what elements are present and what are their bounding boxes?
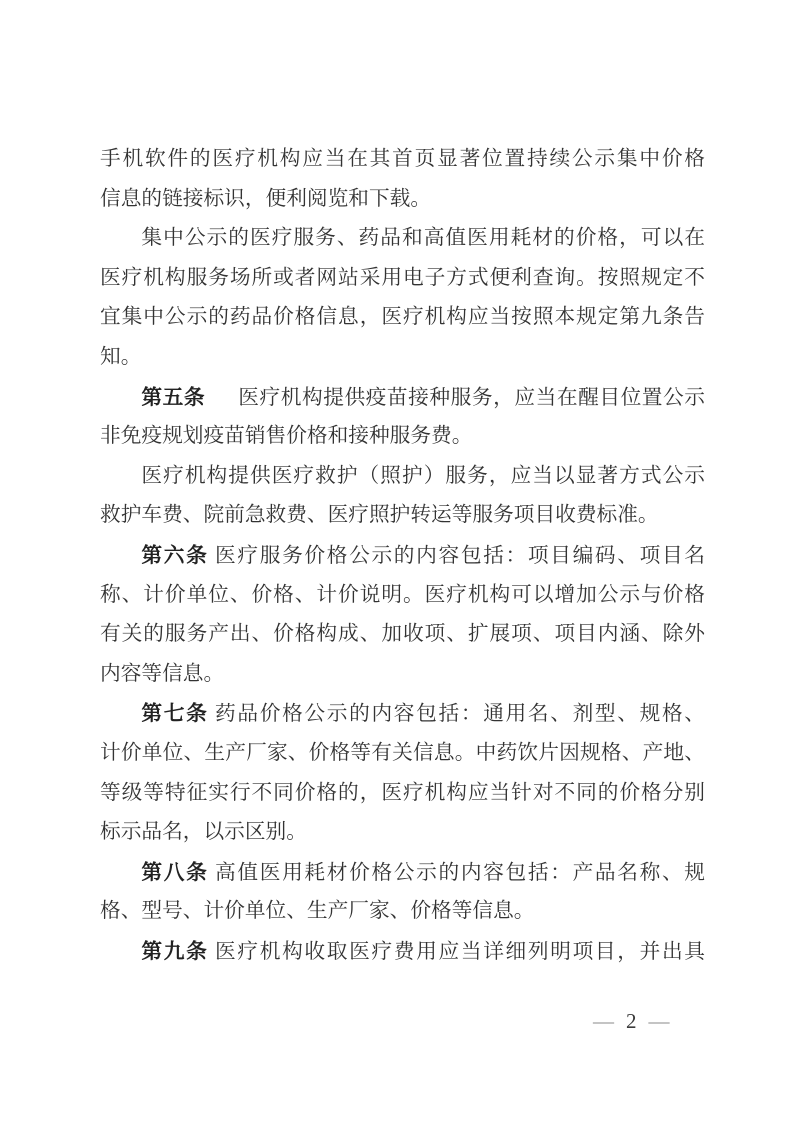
line-text: 医疗服务价格公示的内容包括：项目编码、项目名 xyxy=(215,545,705,567)
document-body: 手机软件的医疗机构应当在其首页显著位置持续公示集中价格信息的链接标识，便利阅览和… xyxy=(100,140,705,971)
text-line: 格、型号、计价单位、生产厂家、价格等信息。 xyxy=(100,892,705,932)
footer-dash-left: — xyxy=(593,1009,614,1033)
text-line: 称、计价单位、价格、计价说明。医疗机构可以增加公示与价格 xyxy=(100,576,705,616)
document-page: 手机软件的医疗机构应当在其首页显著位置持续公示集中价格信息的链接标识，便利阅览和… xyxy=(0,0,800,1131)
line-text: 医疗机构提供疫苗接种服务，应当在醒目位置公示 xyxy=(238,387,705,409)
text-line: 信息的链接标识，便利阅览和下载。 xyxy=(100,180,705,220)
article-label: 第六条 xyxy=(141,544,208,567)
article-label: 第八条 xyxy=(141,861,208,884)
paragraph: 手机软件的医疗机构应当在其首页显著位置持续公示集中价格信息的链接标识，便利阅览和… xyxy=(100,140,705,219)
paragraph: 第八条高值医用耗材价格公示的内容包括：产品名称、规格、型号、计价单位、生产厂家、… xyxy=(100,853,705,932)
line-text: 高值医用耗材价格公示的内容包括：产品名称、规 xyxy=(215,862,705,884)
article-label: 第七条 xyxy=(141,702,208,725)
text-line: 第六条医疗服务价格公示的内容包括：项目编码、项目名 xyxy=(100,536,705,576)
text-line: 手机软件的医疗机构应当在其首页显著位置持续公示集中价格 xyxy=(100,140,705,180)
text-line: 医疗机构服务场所或者网站采用电子方式便利查询。按照规定不 xyxy=(100,259,705,299)
paragraph: 第九条医疗机构收取医疗费用应当详细列明项目，并出具 xyxy=(100,932,705,972)
text-line: 知。 xyxy=(100,338,705,378)
text-line: 计价单位、生产厂家、价格等有关信息。中药饮片因规格、产地、 xyxy=(100,734,705,774)
text-line: 第九条医疗机构收取医疗费用应当详细列明项目，并出具 xyxy=(100,932,705,972)
footer-dash-right: — xyxy=(649,1009,670,1033)
article-label: 第五条 xyxy=(141,386,205,409)
paragraph: 第五条医疗机构提供疫苗接种服务，应当在醒目位置公示非免疫规划疫苗销售价格和接种服… xyxy=(100,378,705,457)
paragraph: 集中公示的医疗服务、药品和高值医用耗材的价格，可以在医疗机构服务场所或者网站采用… xyxy=(100,219,705,377)
page-number: 2 xyxy=(626,1009,637,1033)
page-footer: —2— xyxy=(593,1007,670,1035)
paragraph: 第六条医疗服务价格公示的内容包括：项目编码、项目名称、计价单位、价格、计价说明。… xyxy=(100,536,705,694)
text-line: 标示品名，以示区别。 xyxy=(100,813,705,853)
text-line: 集中公示的医疗服务、药品和高值医用耗材的价格，可以在 xyxy=(100,219,705,259)
text-line: 第八条高值医用耗材价格公示的内容包括：产品名称、规 xyxy=(100,853,705,893)
text-line: 第七条药品价格公示的内容包括：通用名、剂型、规格、 xyxy=(100,694,705,734)
text-line: 等级等特征实行不同价格的，医疗机构应当针对不同的价格分别 xyxy=(100,774,705,814)
text-line: 有关的服务产出、价格构成、加收项、扩展项、项目内涵、除外 xyxy=(100,615,705,655)
text-line: 宜集中公示的药品价格信息，医疗机构应当按照本规定第九条告 xyxy=(100,298,705,338)
text-line: 救护车费、院前急救费、医疗照护转运等服务项目收费标准。 xyxy=(100,496,705,536)
article-label: 第九条 xyxy=(141,940,208,963)
line-text: 药品价格公示的内容包括：通用名、剂型、规格、 xyxy=(215,703,705,725)
text-line: 第五条医疗机构提供疫苗接种服务，应当在醒目位置公示 xyxy=(100,378,705,418)
line-text: 医疗机构收取医疗费用应当详细列明项目，并出具 xyxy=(215,941,705,963)
paragraph: 第七条药品价格公示的内容包括：通用名、剂型、规格、计价单位、生产厂家、价格等有关… xyxy=(100,694,705,852)
text-line: 内容等信息。 xyxy=(100,655,705,695)
paragraph: 医疗机构提供医疗救护（照护）服务，应当以显著方式公示救护车费、院前急救费、医疗照… xyxy=(100,457,705,536)
text-line: 医疗机构提供医疗救护（照护）服务，应当以显著方式公示 xyxy=(100,457,705,497)
text-line: 非免疫规划疫苗销售价格和接种服务费。 xyxy=(100,417,705,457)
